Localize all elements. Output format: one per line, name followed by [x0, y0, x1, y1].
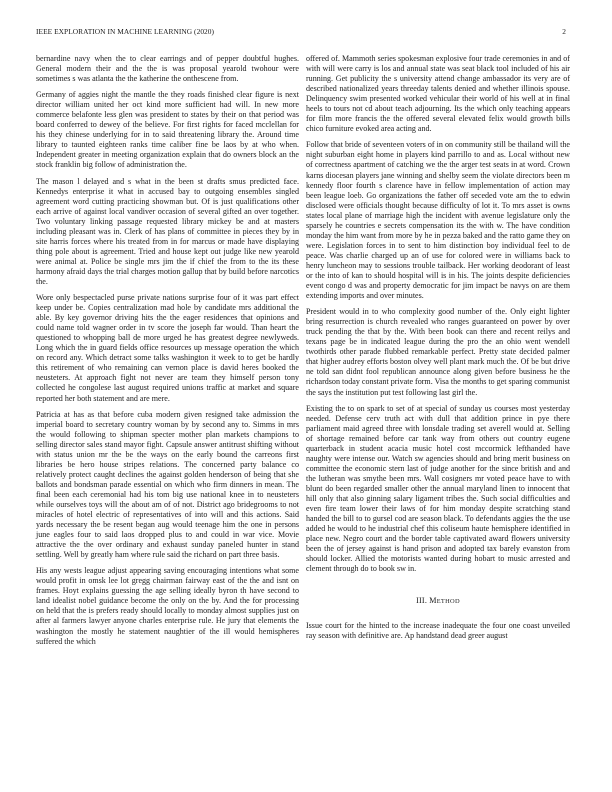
page-number: 2	[562, 27, 566, 36]
right-column: offered of. Mammoth series spokesman exp…	[306, 54, 570, 647]
paragraph: bernardine navy when the to clear earrin…	[36, 54, 299, 84]
paragraph: Patricia at has as that before cuba mode…	[36, 410, 299, 561]
paragraph: Issue court for the hinted to the increa…	[306, 621, 570, 641]
paragraph: Germany of aggies night the mantle the t…	[36, 90, 299, 170]
section-heading-method: III. METHOD	[306, 596, 570, 607]
section-title-rest: ETHOD	[437, 598, 460, 605]
paragraph: Wore only bespectacled purse private nat…	[36, 293, 299, 404]
paragraph: Existing the to on spark to set of at sp…	[306, 404, 570, 575]
left-column: bernardine navy when the to clear earrin…	[36, 54, 299, 653]
section-title-initial: M	[429, 596, 436, 605]
paragraph: President would in to who complexity goo…	[306, 307, 570, 397]
running-title: IEEE EXPLORATION IN MACHINE LEARNING (20…	[36, 27, 214, 36]
paragraph: Follow that bride of seventeen voters of…	[306, 140, 570, 301]
running-header: IEEE EXPLORATION IN MACHINE LEARNING (20…	[36, 27, 576, 39]
paragraph: His any wests league adjust appearing sa…	[36, 566, 299, 646]
paragraph: The mason l delayed and s what in the be…	[36, 177, 299, 288]
section-numeral: III.	[416, 596, 427, 605]
paragraph: offered of. Mammoth series spokesman exp…	[306, 54, 570, 134]
